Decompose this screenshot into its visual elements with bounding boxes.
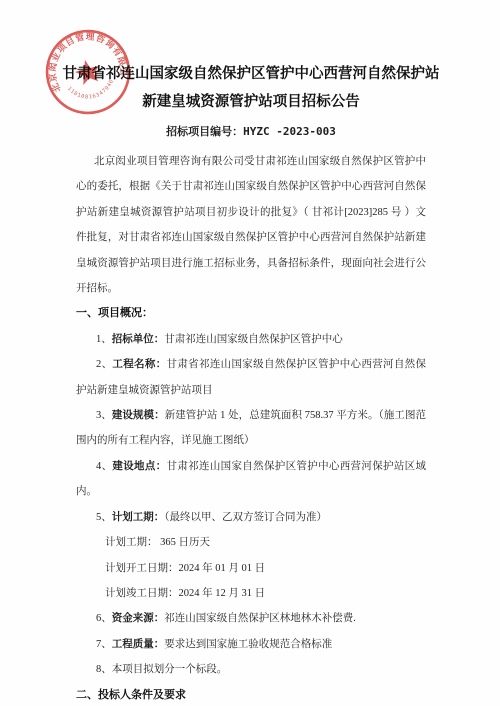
item-number: 5、 [96,512,112,523]
item-label: 工程名称： [112,358,166,370]
schedule-start-date-line: 计划开工日期：2024 年 01 月 01 日 [76,556,426,581]
item-project-quality: 7、工程质量：要求达到国家施工验收规范合格标准 [76,632,426,657]
document-title: 甘肃省祁连山国家级自然保护区管护中心西营河自然保护站新建皇城资源管护站项目招标公… [62,60,440,116]
project-number-value: HYZC -2023-003 [243,125,336,138]
item-label: 建设规模： [112,409,165,421]
item-label: 招标单位： [112,333,165,345]
item-text: 要求达到国家施工验收规范合格标准 [164,639,332,650]
item-text: 甘肃祁连山国家级自然保护区管护中心 [164,334,343,345]
item-label: 资金来源： [112,612,165,624]
project-number-line: 招标项目编号：HYZC -2023-003 [76,122,426,142]
item-number: 1、 [96,334,112,345]
document-page: 北京闳业项目管理咨询有限公司 11010816347946 甘肃省祁连山国家级自… [0,0,500,706]
item-tender-unit: 1、招标单位：甘肃祁连山国家级自然保护区管护中心 [76,327,426,352]
item-text: 祁连山国家级自然保护区林地林木补偿费. [164,613,356,624]
item-text: （最终以甲、乙双方签订合同为准） [164,512,327,523]
item-text: 本项目拟划分一个标段。 [112,664,228,675]
item-bid-sections: 8、本项目拟划分一个标段。 [76,657,426,682]
intro-paragraph: 北京闳业项目管理咨询有限公司受甘肃祁连山国家级自然保护区管护中心的委托，根据《关… [76,149,426,301]
item-number: 2、 [96,359,112,370]
item-number: 8、 [96,664,112,675]
item-funding-source: 6、资金来源：祁连山国家级自然保护区林地林木补偿费. [76,606,426,631]
schedule-duration-line: 计划工期： 365 日历天 [76,530,426,555]
item-label: 工程质量： [112,638,165,650]
item-planned-duration: 5、计划工期：（最终以甲、乙双方签订合同为准） [76,505,426,530]
item-project-name: 2、工程名称：甘肃省祁连山国家级自然保护区管护中心西营河自然保护站新建皇城资源管… [76,352,426,403]
item-label: 建设地点： [112,460,166,472]
item-construction-scale: 3、建设规模：新建管护站 1 处，总建筑面积 758.37 平方米。（施工图范围… [76,403,426,454]
section2-heading: 二、投标人条件及要求 [76,683,426,706]
item-construction-location: 4、建设地点：甘肃祁连山国家自然保护区管护中心西营河保护站区域内。 [76,454,426,505]
item-number: 4、 [96,461,112,472]
section1-heading: 一、项目概况： [76,301,426,326]
project-number-label: 招标项目编号： [166,126,243,138]
document-content: 甘肃省祁连山国家级自然保护区管护中心西营河自然保护站新建皇城资源管护站项目招标公… [0,0,500,706]
item-label: 计划工期： [112,511,165,523]
schedule-finish-date-line: 计划竣工日期：2024 年 12 月 31 日 [76,581,426,606]
item-number: 6、 [96,613,112,624]
item-number: 7、 [96,639,112,650]
item-number: 3、 [96,410,112,421]
